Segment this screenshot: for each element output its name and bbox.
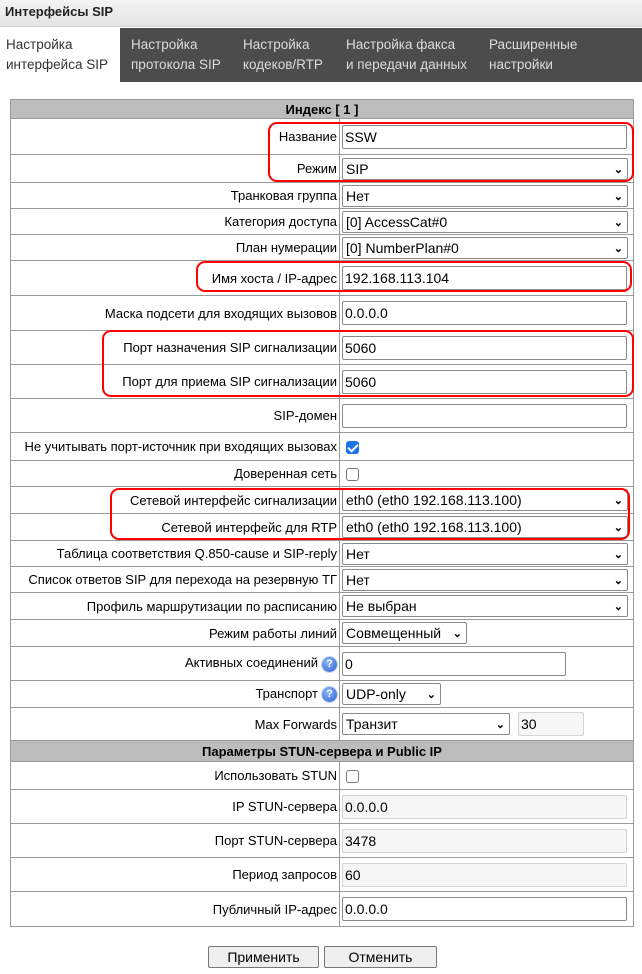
- use-stun-label: Использовать STUN: [11, 762, 340, 790]
- line-mode-value: Совмещенный: [346, 625, 441, 641]
- row-signal-iface: Сетевой интерфейс сигнализации eth0 (eth…: [11, 487, 634, 514]
- recv-port-label: Порт для приема SIP сигнализации: [11, 365, 340, 399]
- public-ip-label: Публичный IP-адрес: [11, 892, 340, 927]
- sip-domain-input[interactable]: [342, 404, 627, 428]
- row-mode: Режим SIP⌄: [11, 155, 634, 183]
- tab-label-line1: Расширенные: [489, 35, 599, 55]
- transport-value: UDP-only: [346, 686, 406, 702]
- sip-reply-list-label: Список ответов SIP для перехода на резер…: [11, 567, 340, 593]
- row-sip-reply-list: Список ответов SIP для перехода на резер…: [11, 567, 634, 593]
- max-forwards-value: Транзит: [346, 716, 398, 732]
- row-sip-domain: SIP-домен: [11, 399, 634, 433]
- transport-label: Транспорт: [255, 686, 318, 701]
- tab-advanced[interactable]: Расширенные настройки: [479, 28, 599, 82]
- row-ignore-src-port: Не учитывать порт-источник при входящих …: [11, 433, 634, 461]
- row-name: Название: [11, 119, 634, 155]
- tab-label-line2: кодеков/RTP: [243, 55, 335, 75]
- help-icon[interactable]: ?: [322, 657, 337, 672]
- schedule-profile-select[interactable]: Не выбран⌄: [342, 595, 628, 617]
- access-category-select[interactable]: [0] AccessCat#0⌄: [342, 211, 628, 233]
- row-active-connections: Активных соединений?: [11, 647, 634, 681]
- row-dest-port: Порт назначения SIP сигнализации: [11, 331, 634, 365]
- tab-codecs-rtp[interactable]: Настройка кодеков/RTP: [232, 28, 335, 82]
- stun-port-label: Порт STUN-сервера: [11, 824, 340, 858]
- chevron-down-icon: ⌄: [614, 571, 623, 591]
- dest-port-label: Порт назначения SIP сигнализации: [11, 331, 340, 365]
- host-input[interactable]: [342, 266, 627, 290]
- trunk-group-select[interactable]: Нет⌄: [342, 185, 628, 207]
- public-ip-input[interactable]: [342, 897, 627, 921]
- row-recv-port: Порт для приема SIP сигнализации: [11, 365, 634, 399]
- sip-reply-list-select[interactable]: Нет⌄: [342, 569, 628, 591]
- tab-sip-protocol[interactable]: Настройка протокола SIP: [120, 28, 232, 82]
- row-max-forwards: Max Forwards Транзит⌄: [11, 708, 634, 741]
- row-request-period: Период запросов: [11, 858, 634, 892]
- transport-select[interactable]: UDP-only⌄: [342, 683, 441, 705]
- request-period-input[interactable]: [342, 863, 627, 887]
- tab-label-line2: протокола SIP: [131, 55, 232, 75]
- active-connections-input[interactable]: [342, 652, 566, 676]
- numbering-plan-label: План нумерации: [11, 235, 340, 261]
- chevron-down-icon: ⌄: [614, 187, 623, 207]
- row-schedule-profile: Профиль маршрутизации по расписанию Не в…: [11, 593, 634, 620]
- line-mode-label: Режим работы линий: [11, 620, 340, 647]
- subnet-mask-input[interactable]: [342, 301, 627, 325]
- rtp-iface-label: Сетевой интерфейс для RTP: [11, 514, 340, 541]
- mode-select[interactable]: SIP⌄: [342, 158, 628, 180]
- row-public-ip: Публичный IP-адрес: [11, 892, 634, 927]
- mode-value: SIP: [346, 161, 369, 177]
- chevron-down-icon: ⌄: [614, 545, 623, 565]
- stun-header: Параметры STUN-сервера и Public IP: [11, 741, 634, 762]
- row-transport: Транспорт? UDP-only⌄: [11, 681, 634, 708]
- row-trusted-network: Доверенная сеть: [11, 461, 634, 487]
- access-category-label: Категория доступа: [11, 209, 340, 235]
- apply-button[interactable]: Применить: [208, 946, 319, 968]
- signal-iface-select[interactable]: eth0 (eth0 192.168.113.100)⌄: [342, 489, 628, 511]
- numbering-plan-select[interactable]: [0] NumberPlan#0⌄: [342, 237, 628, 259]
- host-label: Имя хоста / IP-адрес: [11, 261, 340, 296]
- subnet-mask-label: Маска подсети для входящих вызовов: [11, 296, 340, 331]
- chevron-down-icon: ⌄: [614, 518, 623, 538]
- request-period-label: Период запросов: [11, 858, 340, 892]
- q850-table-label: Таблица соответствия Q.850-cause и SIP-r…: [11, 541, 340, 567]
- trusted-network-checkbox[interactable]: [346, 468, 359, 481]
- row-subnet-mask: Маска подсети для входящих вызовов: [11, 296, 634, 331]
- active-connections-label-cell: Активных соединений?: [11, 647, 340, 681]
- use-stun-checkbox[interactable]: [346, 770, 359, 783]
- tab-label-line1: Настройка: [243, 35, 335, 55]
- chevron-down-icon: ⌄: [614, 213, 623, 233]
- schedule-profile-label: Профиль маршрутизации по расписанию: [11, 593, 340, 620]
- mode-label: Режим: [11, 155, 340, 183]
- row-host: Имя хоста / IP-адрес: [11, 261, 634, 296]
- window-titlebar: Интерфейсы SIP: [0, 0, 642, 27]
- section-header-stun: Параметры STUN-сервера и Public IP: [11, 741, 634, 762]
- trunk-group-value: Нет: [346, 188, 370, 204]
- chevron-down-icon: ⌄: [614, 597, 623, 617]
- access-category-value: [0] AccessCat#0: [346, 214, 447, 230]
- rtp-iface-value: eth0 (eth0 192.168.113.100): [346, 519, 522, 535]
- transport-label-cell: Транспорт?: [11, 681, 340, 708]
- chevron-down-icon: ⌄: [614, 160, 623, 180]
- row-line-mode: Режим работы линий Совмещенный⌄: [11, 620, 634, 647]
- section-header-index: Индекс [ 1 ]: [11, 100, 634, 119]
- row-stun-ip: IP STUN-сервера: [11, 790, 634, 824]
- dest-port-input[interactable]: [342, 336, 627, 360]
- chevron-down-icon: ⌄: [496, 715, 505, 735]
- chevron-down-icon: ⌄: [614, 239, 623, 259]
- help-icon[interactable]: ?: [322, 687, 337, 702]
- tab-label-line1: Настройка факса: [346, 35, 479, 55]
- signal-iface-value: eth0 (eth0 192.168.113.100): [346, 492, 522, 508]
- rtp-iface-select[interactable]: eth0 (eth0 192.168.113.100)⌄: [342, 516, 628, 538]
- row-numbering-plan: План нумерации [0] NumberPlan#0⌄: [11, 235, 634, 261]
- name-input[interactable]: [342, 125, 627, 149]
- tab-label-line2: интерфейса SIP: [6, 55, 120, 75]
- sip-reply-list-value: Нет: [346, 572, 370, 588]
- active-connections-label: Активных соединений: [185, 655, 318, 670]
- chevron-down-icon: ⌄: [453, 624, 462, 644]
- tabs: Настройка интерфейса SIP Настройка прото…: [0, 28, 642, 82]
- ignore-src-port-label: Не учитывать порт-источник при входящих …: [11, 433, 340, 461]
- max-forwards-select[interactable]: Транзит⌄: [342, 713, 510, 735]
- numbering-plan-value: [0] NumberPlan#0: [346, 240, 459, 256]
- line-mode-select[interactable]: Совмещенный⌄: [342, 622, 467, 644]
- tab-label-line1: Настройка: [131, 35, 232, 55]
- recv-port-input[interactable]: [342, 370, 627, 394]
- tab-label-line1: Настройка: [6, 35, 120, 55]
- ignore-src-port-checkbox[interactable]: [346, 441, 359, 454]
- stun-ip-input[interactable]: [342, 795, 627, 819]
- tab-label-line2: и передачи данных: [346, 55, 479, 75]
- tab-fax-data[interactable]: Настройка факса и передачи данных: [335, 28, 479, 82]
- stun-ip-label: IP STUN-сервера: [11, 790, 340, 824]
- tab-label-line2: настройки: [489, 55, 599, 75]
- sip-domain-label: SIP-домен: [11, 399, 340, 433]
- row-trunk-group: Транковая группа Нет⌄: [11, 183, 634, 209]
- row-q850-table: Таблица соответствия Q.850-cause и SIP-r…: [11, 541, 634, 567]
- chevron-down-icon: ⌄: [427, 685, 436, 705]
- schedule-profile-value: Не выбран: [346, 598, 417, 614]
- chevron-down-icon: ⌄: [614, 491, 623, 511]
- row-rtp-iface: Сетевой интерфейс для RTP eth0 (eth0 192…: [11, 514, 634, 541]
- sip-interface-form: Индекс [ 1 ] Название Режим SIP⌄ Транков…: [10, 99, 634, 927]
- stun-port-input[interactable]: [342, 829, 627, 853]
- trusted-network-label: Доверенная сеть: [11, 461, 340, 487]
- window-title: Интерфейсы SIP: [5, 4, 113, 19]
- signal-iface-label: Сетевой интерфейс сигнализации: [11, 487, 340, 514]
- row-access-category: Категория доступа [0] AccessCat#0⌄: [11, 209, 634, 235]
- q850-table-value: Нет: [346, 546, 370, 562]
- max-forwards-number-input[interactable]: [518, 712, 584, 736]
- cancel-button[interactable]: Отменить: [324, 946, 437, 968]
- name-label: Название: [11, 119, 340, 155]
- max-forwards-label: Max Forwards: [11, 708, 340, 741]
- trunk-group-label: Транковая группа: [11, 183, 340, 209]
- row-stun-port: Порт STUN-сервера: [11, 824, 634, 858]
- row-use-stun: Использовать STUN: [11, 762, 634, 790]
- tab-sip-interface[interactable]: Настройка интерфейса SIP: [0, 28, 120, 82]
- index-header: Индекс [ 1 ]: [11, 100, 634, 119]
- q850-table-select[interactable]: Нет⌄: [342, 543, 628, 565]
